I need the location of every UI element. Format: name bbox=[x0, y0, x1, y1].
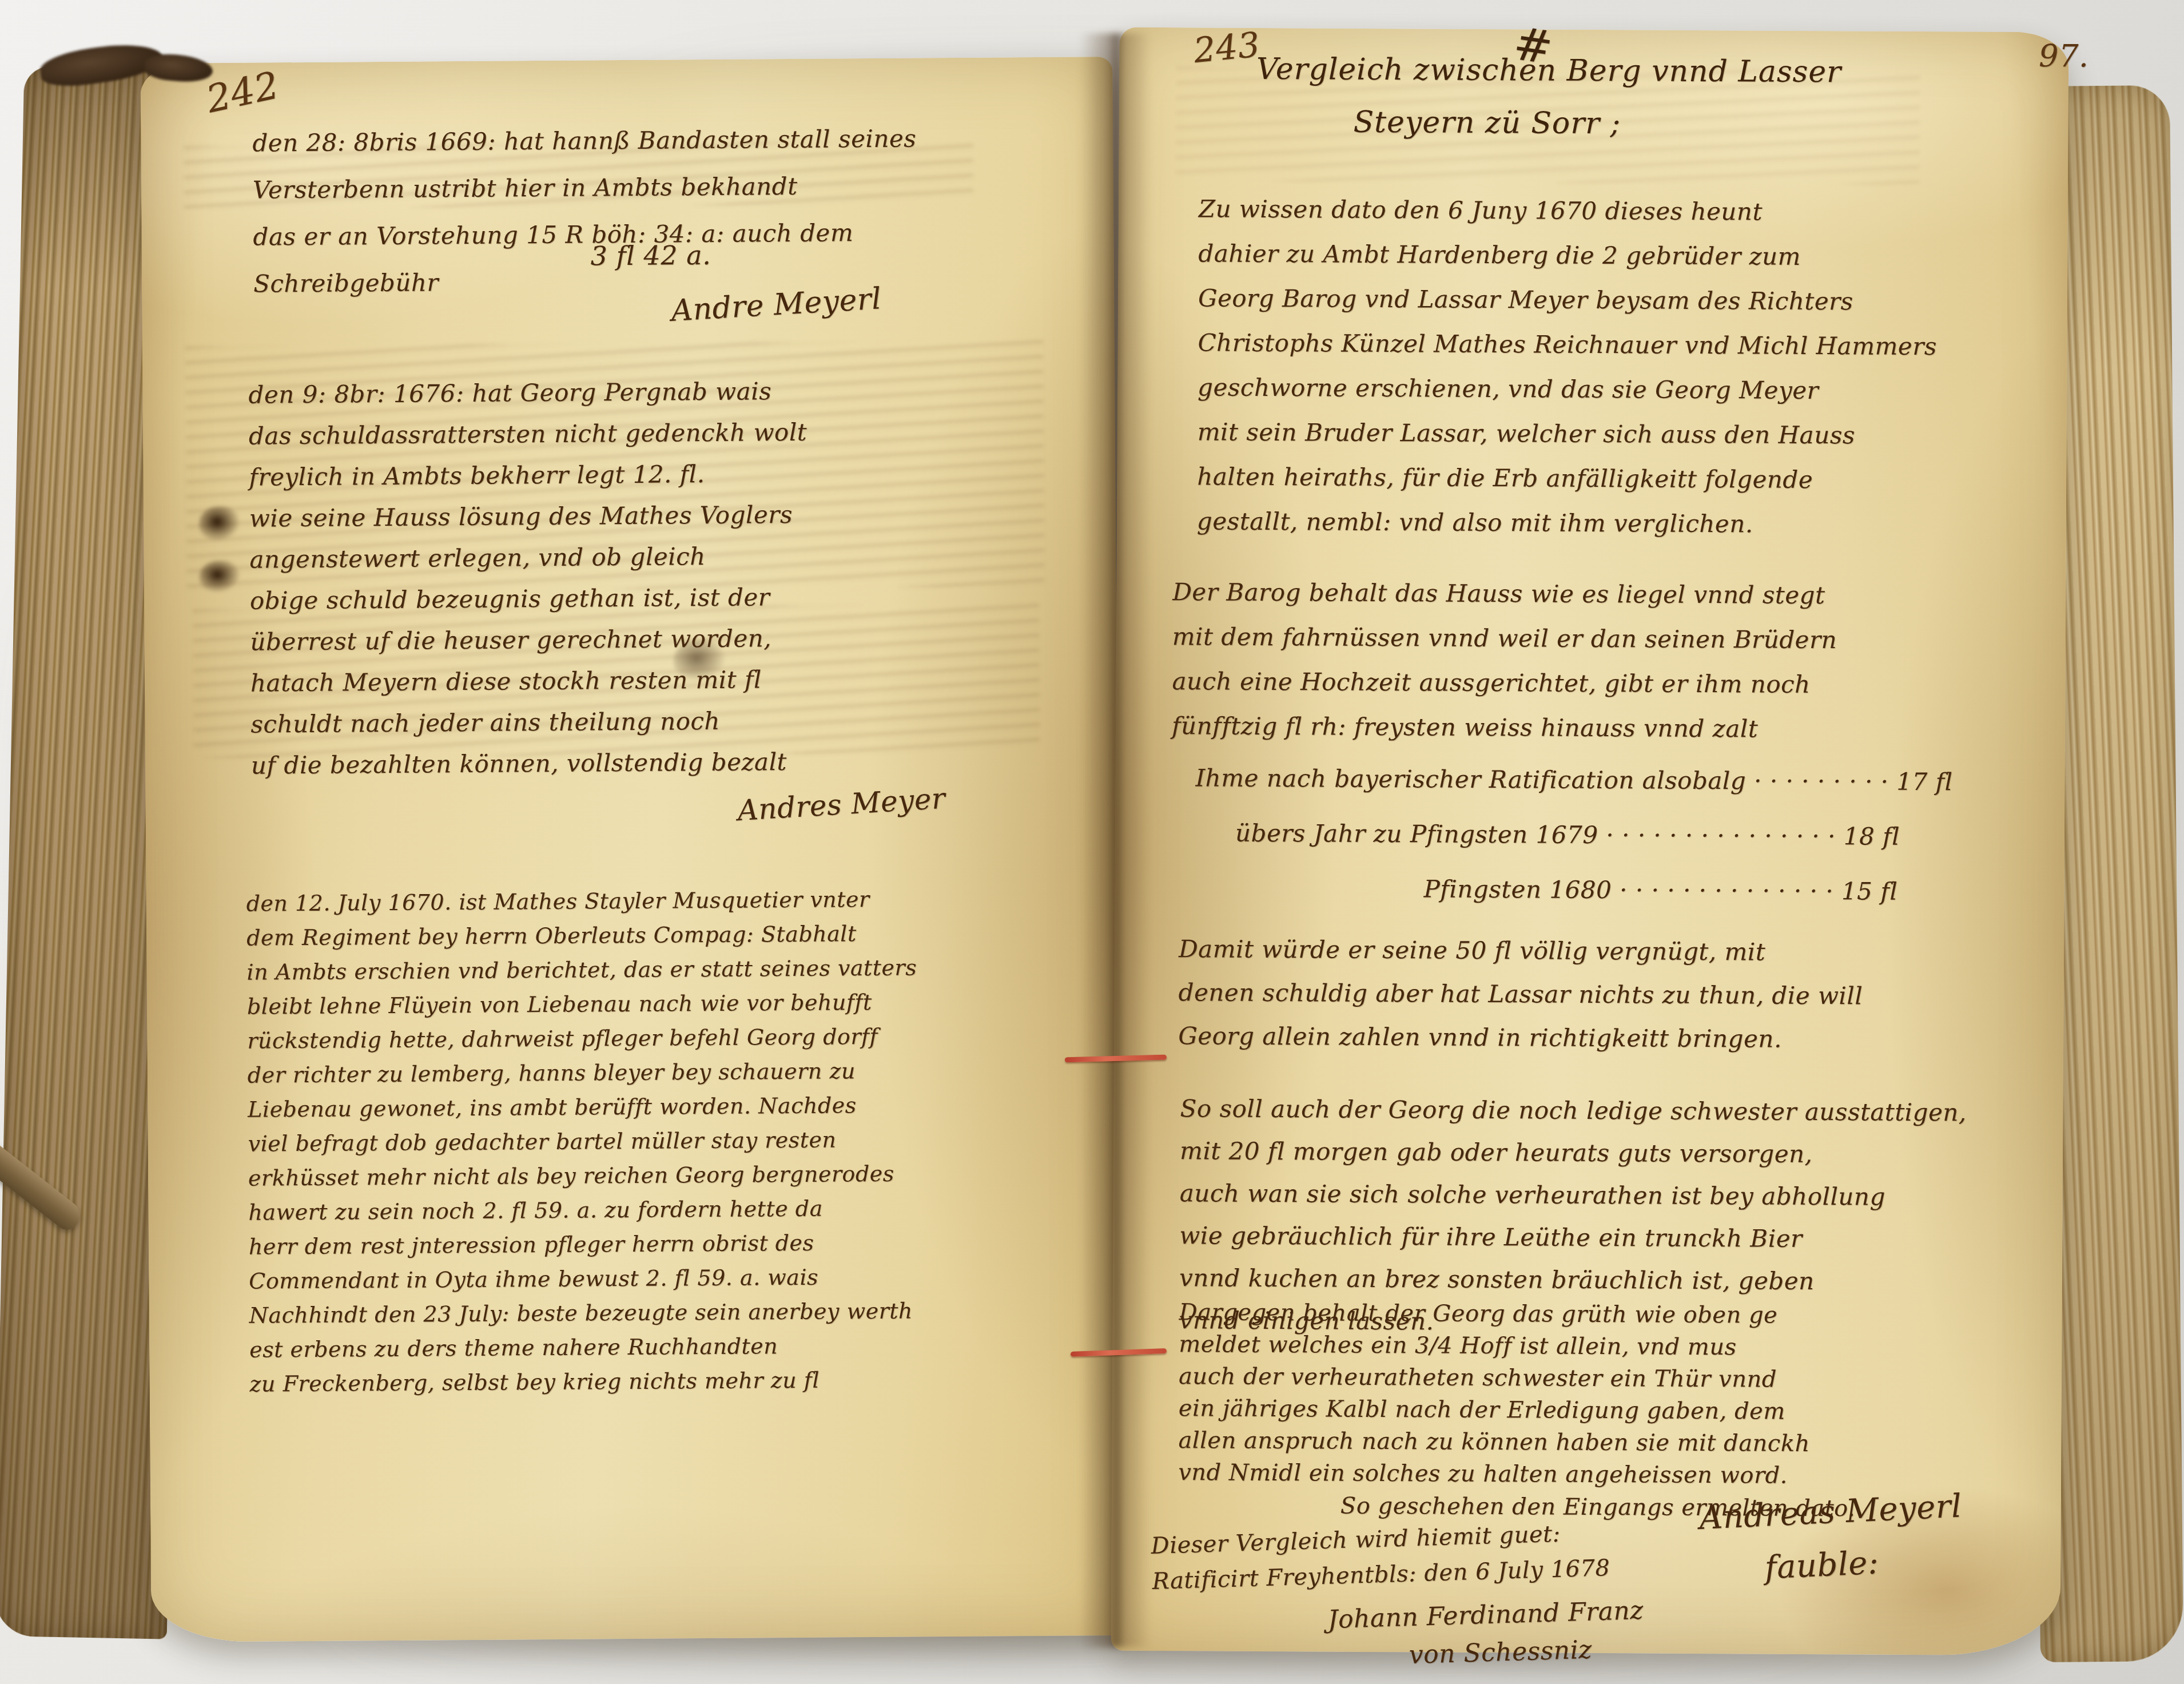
folio-number-left: 242 bbox=[202, 63, 283, 122]
ink-smudge bbox=[199, 506, 239, 541]
contract-paragraph-3: Damit würde er seine 50 fl völlig vergnü… bbox=[1178, 927, 1863, 1061]
entry-2-signature: Andres Meyer bbox=[737, 782, 946, 827]
entry-1-amount: 3 fl 42 a. bbox=[591, 240, 711, 271]
ledger-entry-3: den 12. July 1670. ist Mathes Stayler Mu… bbox=[246, 882, 920, 1401]
payment-clause: Der Barog behalt das Hauss wie es liegel… bbox=[1172, 570, 1837, 752]
manuscript-photo: 242 den 28: 8bris 1669: hat hannß Bandas… bbox=[0, 0, 2184, 1684]
ratification-note: Dieser Vergleich wird hiemit guet:Ratifi… bbox=[1151, 1515, 1610, 1599]
page-heading: Vergleich zwischen Berg vnnd LasserSteye… bbox=[1256, 43, 1841, 151]
right-page: 243 # Vergleich zwischen Berg vnnd Lasse… bbox=[1111, 27, 2069, 1656]
ledger-entry-1: den 28: 8bris 1669: hat hannß Bandasten … bbox=[252, 115, 917, 307]
folio-number-right: 243 bbox=[1192, 25, 1262, 71]
payment-schedule: Ihme nach bayerischer Ratification alsob… bbox=[1195, 750, 1953, 919]
contract-paragraph-1: Zu wissen dato den 6 Juny 1670 dieses he… bbox=[1197, 186, 1938, 547]
ink-smudge bbox=[199, 561, 239, 592]
left-page: 242 den 28: 8bris 1669: hat hannß Bandas… bbox=[140, 57, 1123, 1642]
ledger-entry-2: den 9: 8br: 1676: hat Georg Pergnab wais… bbox=[248, 371, 809, 787]
scribe-signature: Andreas Meyerlfauble: bbox=[1698, 1480, 1966, 1598]
page-number: 97. bbox=[2039, 38, 2089, 74]
ratification-signatory: Johann Ferdinand Franzvon Schessniz bbox=[1327, 1592, 1645, 1677]
contract-paragraph-5: Dargegen behalt der Georg das grüth wie … bbox=[1178, 1296, 1811, 1492]
